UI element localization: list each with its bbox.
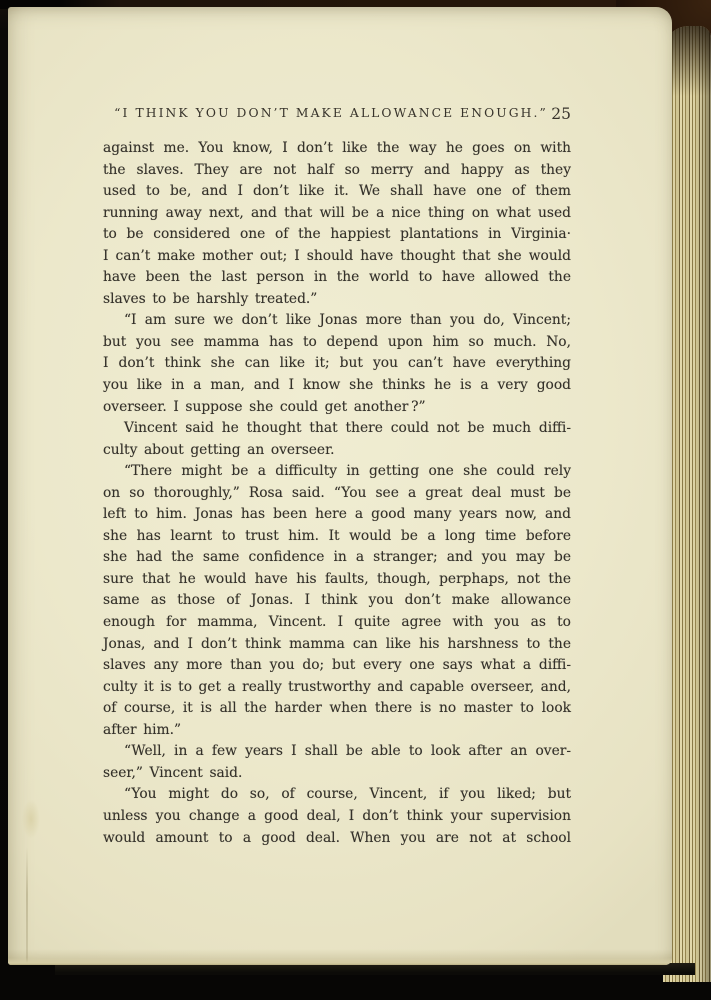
text-block: against me. You know, I don’t like the w… [103,138,571,849]
paper-crease [26,847,28,965]
text-line: I can’t make mother out; I should have t… [103,246,571,268]
text-line: she has learnt to trust him. It would be… [103,526,571,548]
text-line: culty it is to get a really trustworthy … [103,677,571,699]
text-line: would amount to a good deal. When you ar… [103,828,571,850]
text-line: against me. You know, I don’t like the w… [103,138,571,160]
text-line: after him.” [103,720,571,742]
text-line: enough for mamma, Vincent. I quite agree… [103,612,571,634]
text-line: “I am sure we don’t like Jonas more than… [103,310,571,332]
text-line: have been the last person in the world t… [103,267,571,289]
text-line: seer,” Vincent said. [103,763,571,785]
text-line: of course, it is all the harder when the… [103,698,571,720]
text-line: slaves to be harshly treated.” [103,289,571,311]
text-line: the slaves. They are not half so merry a… [103,160,571,182]
text-line: slaves any more than you do; but every o… [103,655,571,677]
text-line: you like in a man, and I know she thinks… [103,375,571,397]
text-line: “You might do so, of course, Vincent, if… [103,784,571,806]
text-line: Vincent said he thought that there could… [103,418,571,440]
text-line: Jonas, and I don’t think mamma can like … [103,634,571,656]
text-line: I don’t think she can like it; but you c… [103,353,571,375]
text-line: she had the same confidence in a strange… [103,547,571,569]
text-line: left to him. Jonas has been here a good … [103,504,571,526]
running-header-title: “I THINK YOU DON’T MAKE ALLOWANCE ENOUGH… [97,106,565,120]
text-line: running away next, and that will be a ni… [103,203,571,225]
page-number: 25 [551,105,571,123]
text-line: “There might be a difficulty in getting … [103,461,571,483]
text-line: same as those of Jonas. I think you don’… [103,590,571,612]
book-page: “I THINK YOU DON’T MAKE ALLOWANCE ENOUGH… [8,7,672,965]
running-header: “I THINK YOU DON’T MAKE ALLOWANCE ENOUGH… [103,106,571,128]
text-line: unless you change a good deal, I don’t t… [103,806,571,828]
emboss-mark [22,799,40,839]
text-line: but you see mamma has to depend upon him… [103,332,571,354]
text-line: sure that he would have his faults, thou… [103,569,571,591]
text-line: to be considered one of the happiest pla… [103,224,571,246]
scanned-book-photo: “I THINK YOU DON’T MAKE ALLOWANCE ENOUGH… [0,0,711,1000]
text-line: overseer. I suppose she could get anothe… [103,397,571,419]
page-bottom-edge [8,949,672,965]
text-line: “Well, in a few years I shall be able to… [103,741,571,763]
text-line: used to be, and I don’t like it. We shal… [103,181,571,203]
text-line: culty about getting an overseer. [103,440,571,462]
text-line: on so thoroughly,” Rosa said. “You see a… [103,483,571,505]
